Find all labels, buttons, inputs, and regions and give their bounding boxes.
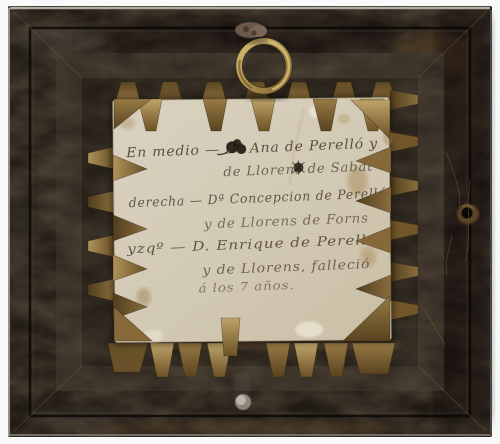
photo-grain — [0, 0, 500, 444]
photo-canvas: En medio — Dª Ana de Perelló y de Lloren… — [0, 0, 500, 444]
photograph-frame-verso: En medio — Dª Ana de Perelló y de Lloren… — [0, 0, 500, 444]
